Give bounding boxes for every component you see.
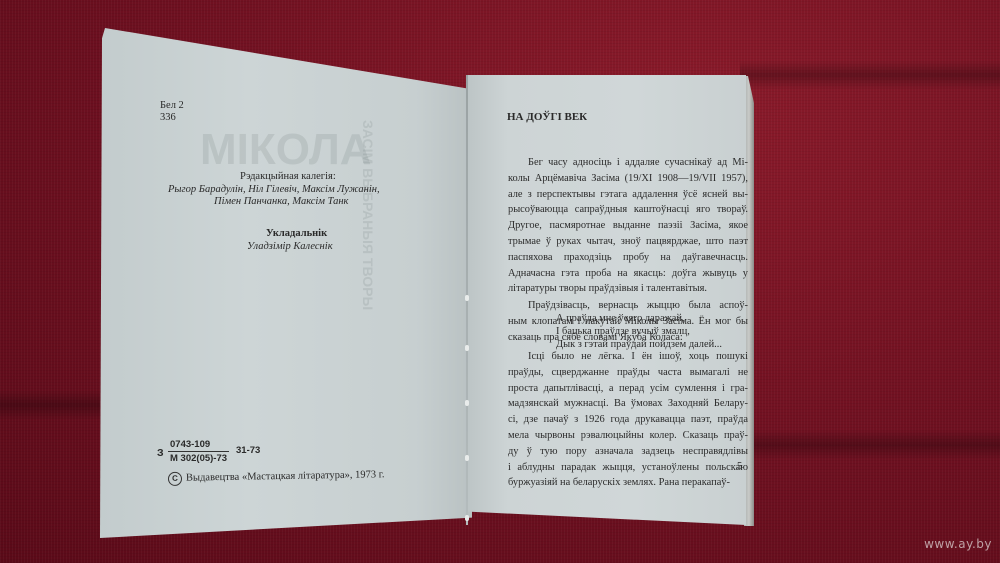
text-line: рысоўваюцца сапраўдныя каштоўнасці яго т… [508,202,748,218]
text-line: мела чырвоны рэвалюцыйны колер. Сказаць … [508,428,748,444]
index-denominator: М 302(05)-73 [168,452,229,464]
text-line: Ісці было не лёгка. І ён ішоў, хоць пошу… [508,349,748,365]
text-line: буржуазіяй на беларускіх землях. Рана пе… [508,475,748,491]
binding-stitch [465,455,469,461]
index-numerator: 0743-109 [168,439,229,452]
text-line: літаратуры творы праўдзівыя і талентавіт… [508,281,748,297]
text-line: праўды, сцверджанне праўды часта вымагал… [508,365,748,381]
text-line: сі, дзе пачаў з 1926 года друкавацца паэ… [508,412,748,428]
editorial-board-heading: Рэдакцыйная калегія: [240,172,336,183]
paragraph-3: Ісці было не лёгка. І ён ішоў, хоць пошу… [508,349,748,491]
site-watermark: www.ay.by [924,537,992,551]
binding-stitch [465,345,469,351]
editorial-board-names: Рыгор Барадулін, Ніл Гілевіч, Максім Луж… [168,185,380,196]
open-book: МІКОЛА ЗАСІМ ВЫБРАНЫЯ ТВОРЫ Бел 2 336 Рэ… [0,0,1000,563]
page-number: 5 [737,462,742,473]
classification-number: 336 [160,113,176,124]
show-through-title: МІКОЛА [200,125,372,175]
text-line: Другое, пасмяротнае выданне паэзіі Засім… [508,218,748,234]
paragraph-1: Бег часу адносіць і аддаляе сучаснікаў а… [508,155,748,297]
text-line: трымае ў руках чытач, зноў пацвярджае, ш… [508,234,748,250]
compiler-name: Уладзімір Калеснік [247,242,333,253]
verse-line: І бацька праўдзе вучыў змалц, [556,325,722,338]
classification-code: Бел 2 [160,101,184,112]
compiler-heading: Укладальнік [266,229,327,240]
text-line: ду ў тую пору азначала задзець несправяд… [508,444,748,460]
chapter-title: НА ДОЎГІ ВЕК [507,112,587,123]
text-line: проста дапытлівасці, а перад усім сумлен… [508,381,748,397]
text-line: і аблудны парадак жыцця, устаноўлены пол… [508,460,748,476]
text-line: паспяхова праходзіць пробу на даўгавечна… [508,250,748,266]
left-page [100,28,472,538]
text-line: але з перспектывы гэтага аддалення ўсё я… [508,187,748,203]
binding-stitch [465,400,469,406]
text-line: мадзянскай мужнасці. Ва ўмовах Заходняй … [508,396,748,412]
show-through-spine-text: ЗАСІМ ВЫБРАНЫЯ ТВОРЫ [360,120,376,310]
text-line: Адначасна гэта проба на якасць: доўга жы… [508,266,748,282]
index-letter: З [157,448,164,459]
binding-stitch [465,295,469,301]
text-line: Бег часу адносіць і аддаляе сучаснікаў а… [508,155,748,171]
index-fraction: 0743-109 М 302(05)-73 [168,439,229,464]
copyright-icon: C [168,472,182,486]
index-suffix: 31-73 [236,446,260,456]
binding-stitch [465,515,469,521]
text-line: колы Арцёмавіча Засіма (19/XI 1908—19/VI… [508,171,748,187]
verse-quote: А праўда мне ўсяго даражай,І бацька праў… [556,312,722,351]
copyright-text: Выдавецтва «Мастацкая літаратура», 1973 … [186,469,385,483]
verse-line: А праўда мне ўсяго даражай, [556,312,722,325]
editorial-board-names: Пімен Панчанка, Максім Танк [214,197,348,208]
